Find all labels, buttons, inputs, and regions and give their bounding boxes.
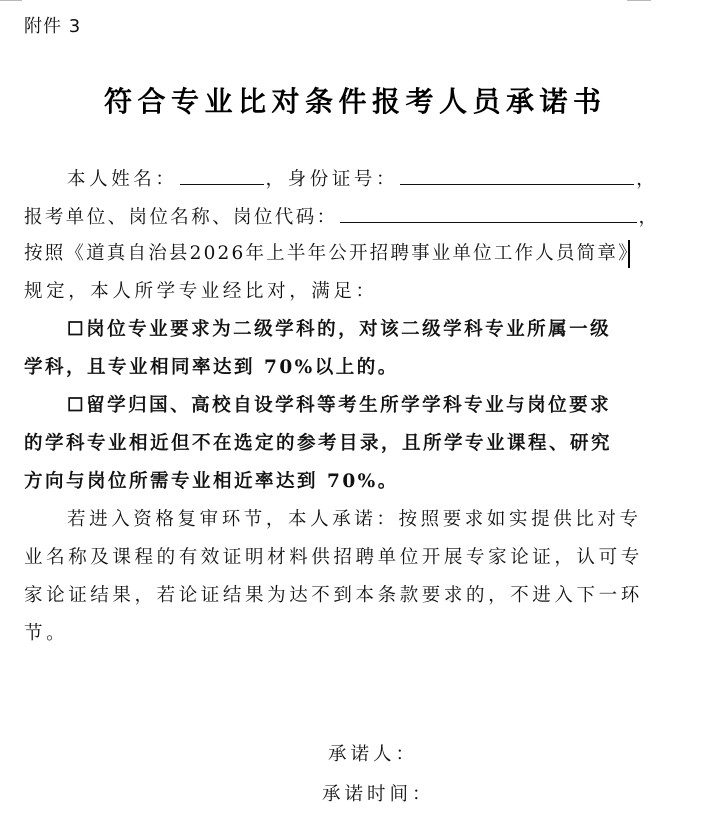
text-cursor xyxy=(628,240,630,268)
option-1-line-1: ☐岗位专业要求为二级学科的，对该二级学科专业所属一级 xyxy=(67,318,611,342)
option-2-line-3: 方向与岗位所需专业相近率达到 70%。 xyxy=(24,470,399,494)
comma: ， xyxy=(636,169,658,190)
basis-line-2: 规定，本人所学专业经比对，满足： xyxy=(24,280,378,304)
name-field[interactable] xyxy=(180,166,264,185)
commitment-line-2: 业名称及课程的有效证明材料供招聘单位开展专家论证，认可专 xyxy=(24,546,643,570)
commitment-line-3: 家论证结果，若论证结果为达不到本条款要求的，不进入下一环 xyxy=(24,584,643,608)
crop-mark-right xyxy=(627,0,651,1)
name-id-line: 本人姓名：，身份证号：， xyxy=(67,166,658,192)
option-1-line-2: 学科，且专业相同率达到 70%以上的。 xyxy=(24,356,399,380)
name-label: 本人姓名： xyxy=(67,169,178,190)
commitment-line-1: 若进入资格复审环节，本人承诺：按照要求如实提供比对专 xyxy=(67,508,642,532)
attachment-label: 附件 3 xyxy=(24,12,81,38)
basis-line-1: 按照《道真自治县2026年上半年公开招聘事业单位工作人员简章》 xyxy=(24,242,639,266)
option-2-line-2: 的学科专业相近但不在选定的参考目录，且所学专业课程、研究 xyxy=(24,432,612,456)
unit-label: 报考单位、岗位名称、岗位代码： xyxy=(24,207,338,228)
checkbox-icon[interactable]: ☐ xyxy=(67,395,86,416)
signer-label: 承诺人： xyxy=(328,740,418,766)
commitment-line-4: 节。 xyxy=(24,622,68,646)
date-label: 承诺时间： xyxy=(322,780,435,806)
unit-line: 报考单位、岗位名称、岗位代码：， xyxy=(24,204,659,230)
checkbox-icon[interactable]: ☐ xyxy=(67,319,86,340)
comma: ， xyxy=(639,207,660,228)
document-title: 符合专业比对条件报考人员承诺书 xyxy=(104,80,607,120)
option-2-line-1: ☐留学归国、高校自设学科等考生所学学科专业与岗位要求 xyxy=(67,394,611,418)
id-label: ，身份证号： xyxy=(266,169,399,190)
id-number-field[interactable] xyxy=(400,166,634,185)
crop-mark-left xyxy=(0,0,22,1)
unit-position-code-field[interactable] xyxy=(340,204,637,223)
